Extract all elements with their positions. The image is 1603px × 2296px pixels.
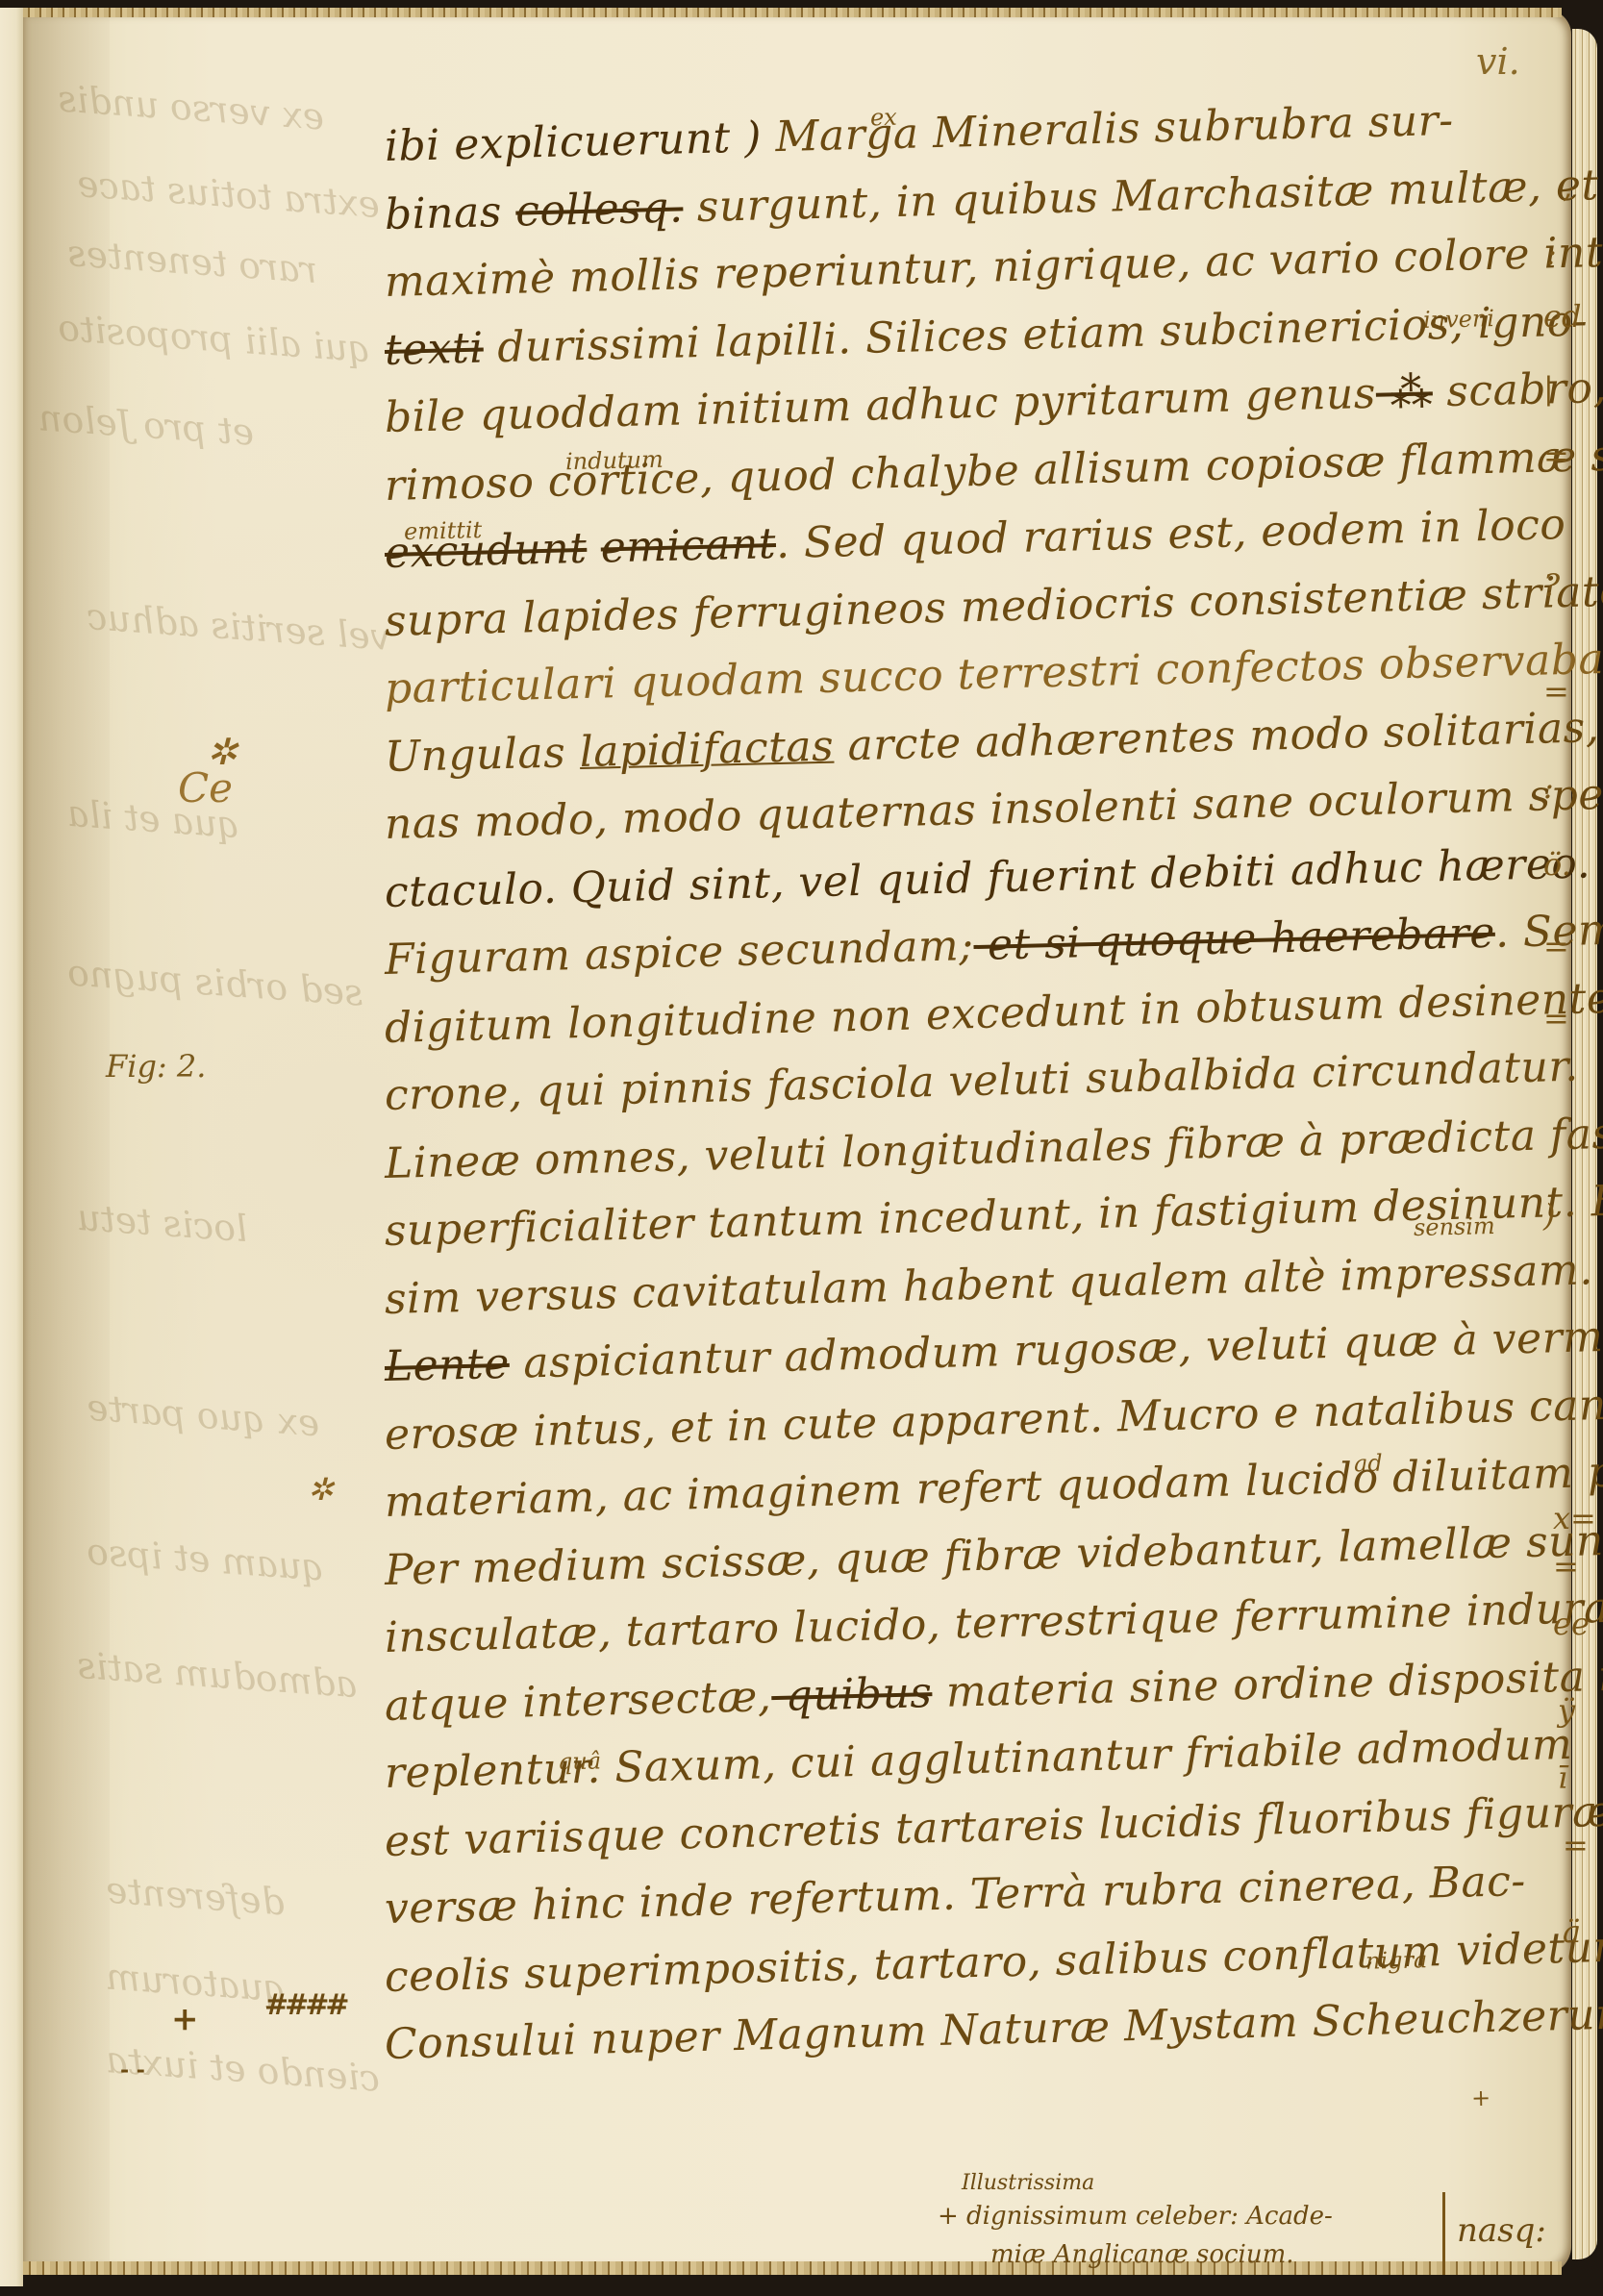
- footnote-line: dignissimum celeber: Acade-: [966, 2202, 1333, 2231]
- right-margin-mark: =: [1543, 437, 1569, 474]
- bottom-page-edge: [23, 2261, 1562, 2275]
- footnote-superscript: Illustrissima: [962, 2171, 1094, 2195]
- right-margin-mark: :: [1543, 769, 1554, 806]
- right-margin-mark: =: [1543, 673, 1569, 710]
- hash-mark: ####: [264, 1988, 346, 2022]
- struck-word: texti: [384, 323, 484, 374]
- interlinear-insertion: +: [1471, 2084, 1491, 2111]
- right-margin-mark: ö.: [1543, 846, 1571, 883]
- top-page-edge: [23, 8, 1562, 17]
- footnote-marker: +: [938, 2202, 959, 2231]
- previous-page-edge: [0, 8, 23, 2286]
- struck-word: quibus: [771, 1668, 933, 1721]
- manuscript-text: ibi explicuerunt ) Marga Mineralis subru…: [385, 113, 1548, 2080]
- ink-blot: ✲: [308, 1471, 334, 1508]
- right-margin-mark: ,: [1563, 168, 1572, 205]
- right-margin-mark: =: [1543, 928, 1569, 964]
- struck-word: collesq.: [515, 183, 684, 236]
- right-margin-mark: ī: [1558, 1759, 1567, 1796]
- margin-letter: Ce: [178, 764, 233, 811]
- continuation-word: nasq:: [1457, 2211, 1546, 2250]
- right-margin-mark: ): [1543, 1197, 1555, 1234]
- figure-reference: Fig: 2.: [106, 1048, 206, 1085]
- gutter-shadow: [23, 10, 110, 2275]
- right-margin-mark: ee: [1553, 1606, 1590, 1642]
- right-margin-mark: x=: [1553, 1500, 1596, 1536]
- right-margin-mark: =: [1563, 1827, 1589, 1863]
- struck-word: Lente: [384, 1339, 510, 1391]
- right-margin-mark: ÿ: [1558, 1692, 1575, 1729]
- folio-number: vi.: [1476, 40, 1520, 83]
- right-margin-mark: ed: [1543, 298, 1581, 335]
- struck-word: et si quoque haerebare: [973, 909, 1496, 970]
- right-margin-mark: :: [1546, 236, 1557, 272]
- dash-marks: - -: [120, 2058, 145, 2083]
- right-margin-mark: =: [1543, 1000, 1569, 1036]
- struck-word: excudunt: [384, 524, 588, 578]
- struck-word: emicant: [600, 519, 776, 572]
- right-margin-mark: |: [1543, 370, 1554, 407]
- cross-mark: +: [171, 2000, 199, 2038]
- right-margin-mark: =: [1553, 1548, 1579, 1585]
- right-margin-mark: ä: [1563, 1913, 1581, 1950]
- vertical-rule: [1442, 2192, 1445, 2275]
- right-margin-mark: ?: [1543, 567, 1560, 604]
- underlined-word: lapidifactas: [579, 721, 835, 776]
- footnote-line: miæ Anglicanæ socium.: [990, 2240, 1294, 2269]
- struck-word: ⁂: [1375, 367, 1433, 417]
- manuscript-scan: ex verso undis extra totius tace raro te…: [0, 0, 1603, 2296]
